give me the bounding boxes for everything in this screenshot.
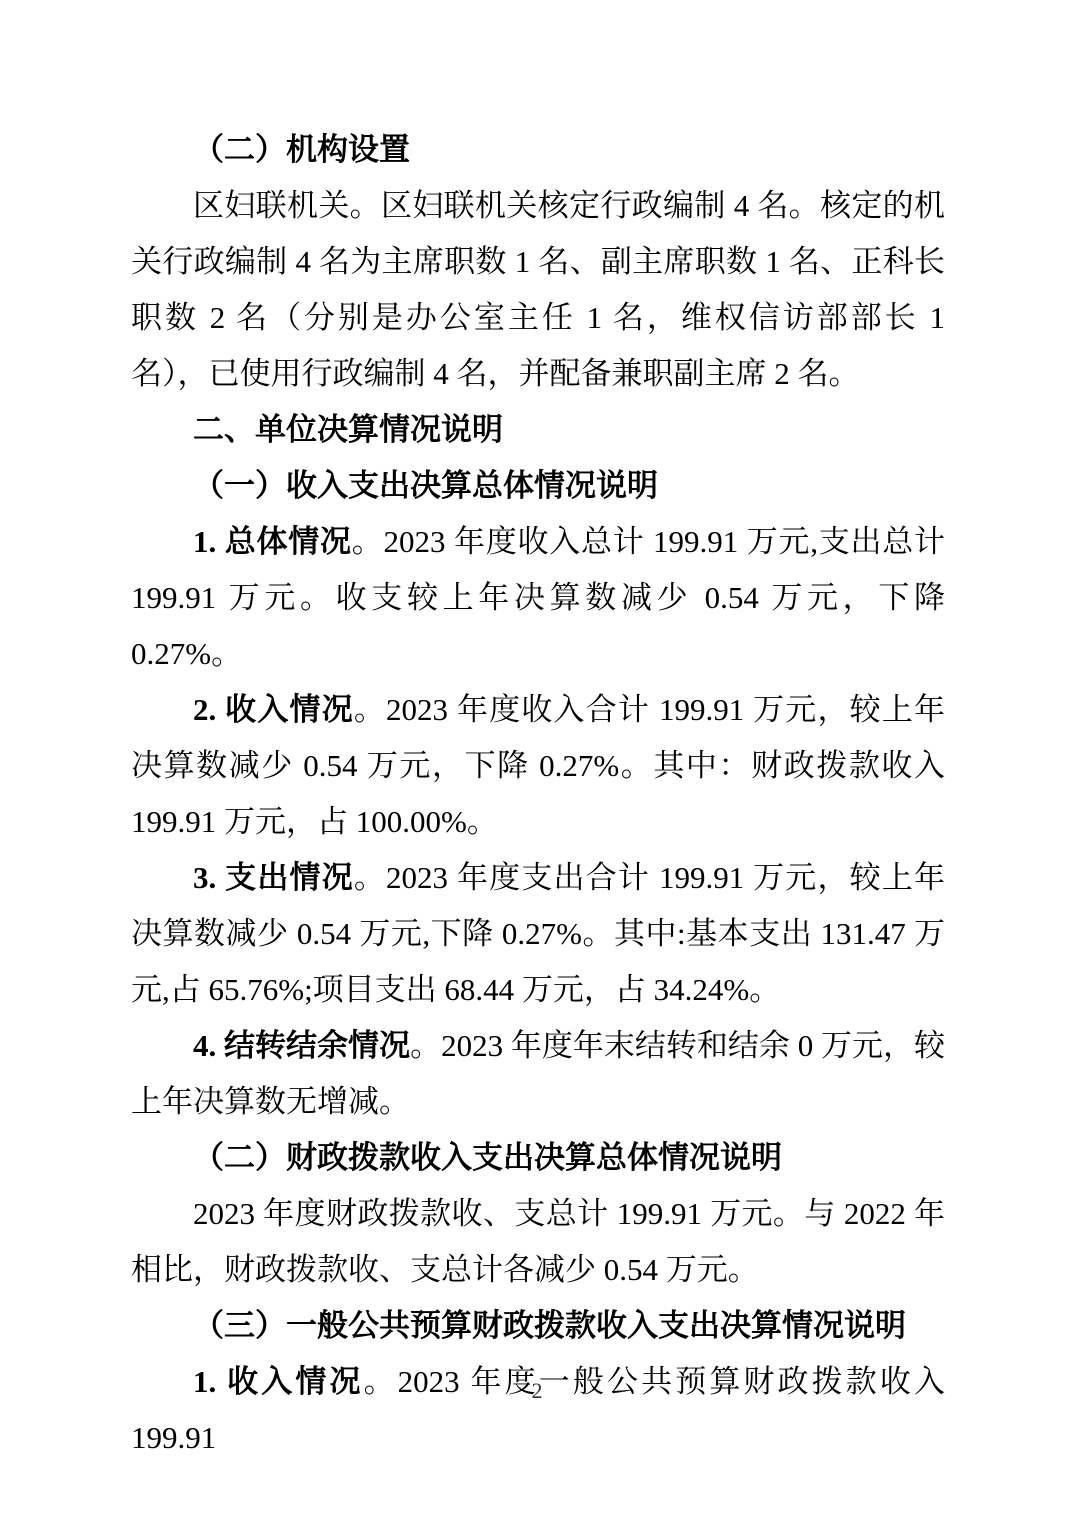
paragraph-fiscal-appropriation: 2023 年度财政拨款收、支总计 199.91 万元。与 2022 年相比，财政… (131, 1186, 945, 1298)
heading-final-accounts: 二、单位决算情况说明 (131, 402, 945, 458)
item-expense-situation-label: 3. 支出情况 (193, 860, 354, 895)
page-number: 2 (0, 1378, 1074, 1404)
item-income-situation-label: 2. 收入情况 (193, 692, 354, 727)
item-income-situation: 2. 收入情况。2023 年度收入合计 199.91 万元，较上年决算数减少 0… (131, 682, 945, 850)
document-content: （二）机构设置 区妇联机关。区妇联机关核定行政编制 4 名。核定的机关行政编制 … (131, 122, 945, 1466)
subheading-fiscal-appropriation-overview: （二）财政拨款收入支出决算总体情况说明 (131, 1130, 945, 1186)
item-carryover-situation-label: 4. 结转结余情况 (193, 1028, 410, 1063)
item-overall-situation-label: 1. 总体情况 (193, 524, 352, 559)
subheading-income-expense-overview: （一）收入支出决算总体情况说明 (131, 458, 945, 514)
item-carryover-situation: 4. 结转结余情况。2023 年度年末结转和结余 0 万元，较上年决算数无增减。 (131, 1018, 945, 1130)
item-overall-situation: 1. 总体情况。2023 年度收入总计 199.91 万元,支出总计 199.9… (131, 514, 945, 682)
subheading-general-public-budget: （三）一般公共预算财政拨款收入支出决算情况说明 (131, 1298, 945, 1354)
item-general-budget-income: 1. 收入情况。2023 年度一般公共预算财政拨款收入 199.91 (131, 1354, 945, 1466)
document-page: （二）机构设置 区妇联机关。区妇联机关核定行政编制 4 名。核定的机关行政编制 … (0, 0, 1074, 1520)
paragraph-org-setup: 区妇联机关。区妇联机关核定行政编制 4 名。核定的机关行政编制 4 名为主席职数… (131, 178, 945, 402)
item-expense-situation: 3. 支出情况。2023 年度支出合计 199.91 万元，较上年决算数减少 0… (131, 850, 945, 1018)
subheading-org-setup: （二）机构设置 (131, 122, 945, 178)
